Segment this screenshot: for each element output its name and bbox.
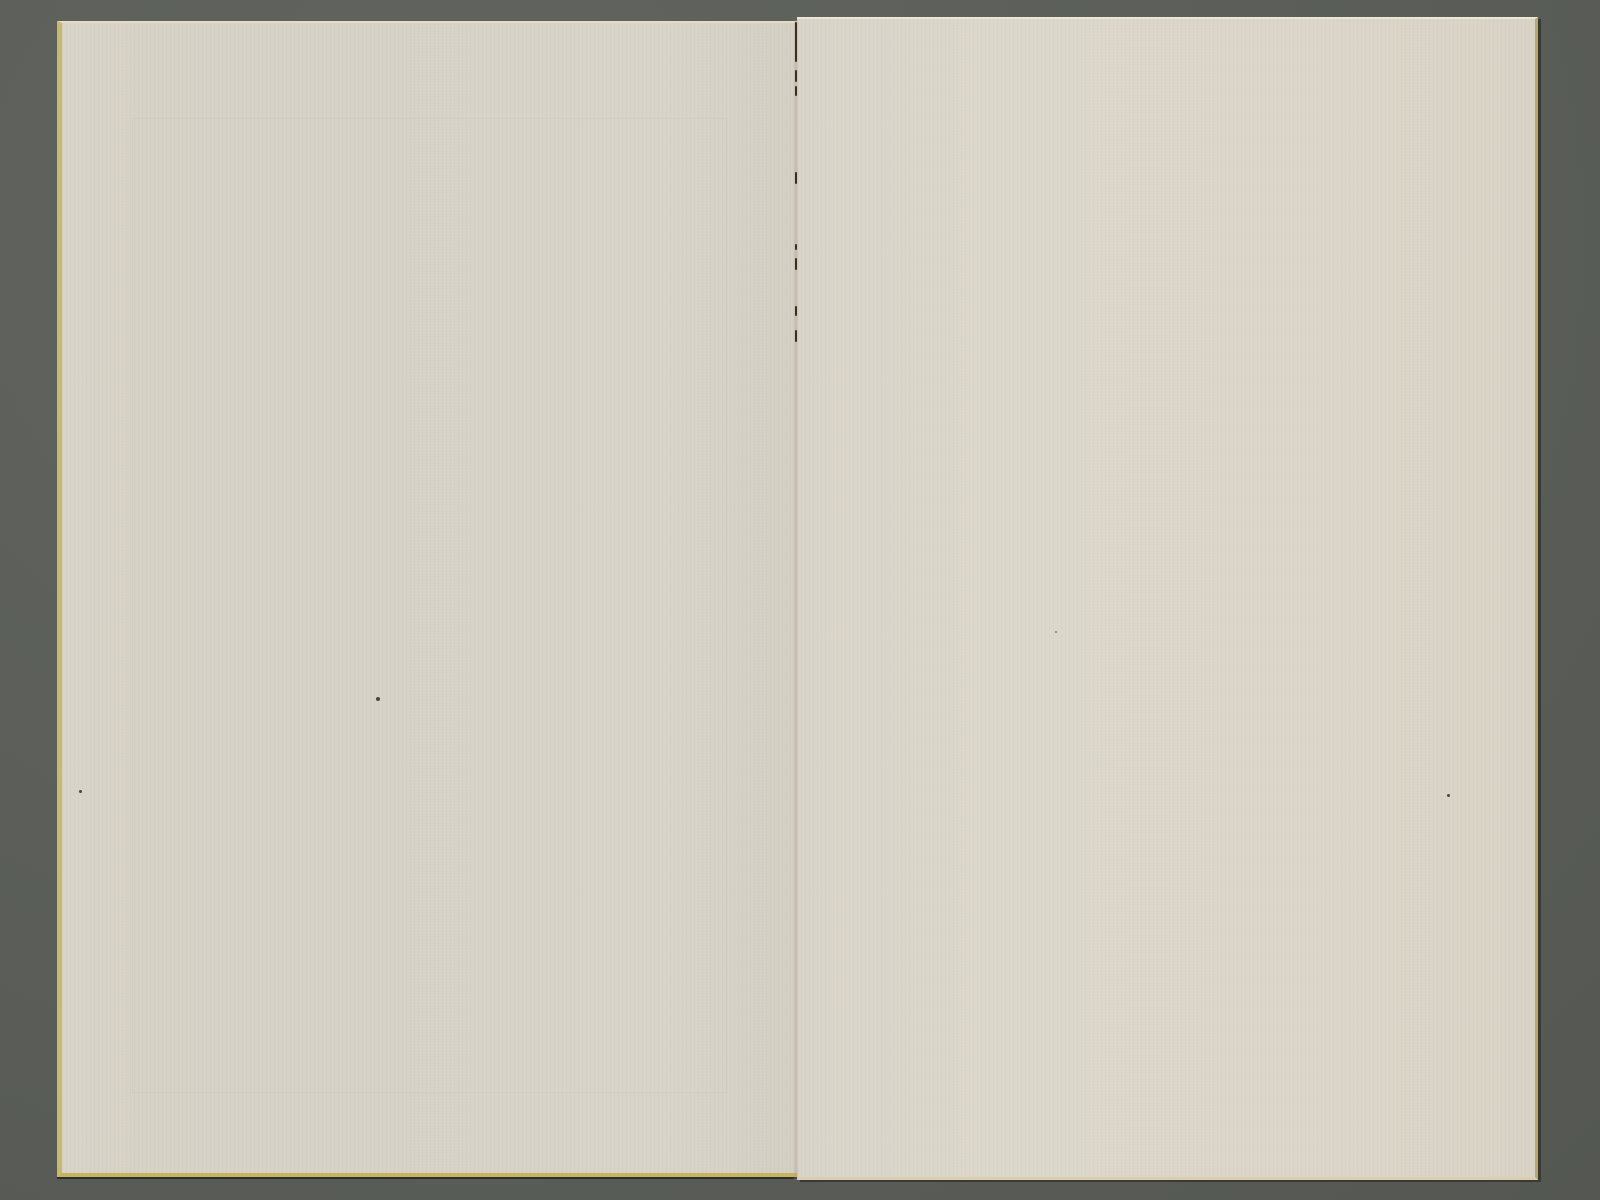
- binding-stitch: [795, 306, 797, 316]
- binding-stitch: [795, 244, 797, 250]
- scan-background: [0, 0, 1600, 1200]
- left-page-plate-impression: [132, 118, 727, 1093]
- left-page: [57, 21, 797, 1177]
- binding-stitch: [795, 258, 797, 270]
- paper-speck: [376, 697, 380, 701]
- book-gutter: [793, 20, 799, 1180]
- binding-stitch: [795, 172, 797, 184]
- binding-stitch: [795, 86, 797, 96]
- paper-speck: [1447, 794, 1450, 797]
- paper-speck: [1055, 631, 1057, 633]
- right-page: [797, 17, 1538, 1180]
- binding-stitch: [795, 330, 797, 342]
- paper-texture: [62, 23, 797, 1173]
- paper-speck: [79, 790, 82, 793]
- binding-stitch: [795, 70, 797, 82]
- binding-stitch: [795, 22, 797, 62]
- paper-texture: [797, 19, 1535, 1177]
